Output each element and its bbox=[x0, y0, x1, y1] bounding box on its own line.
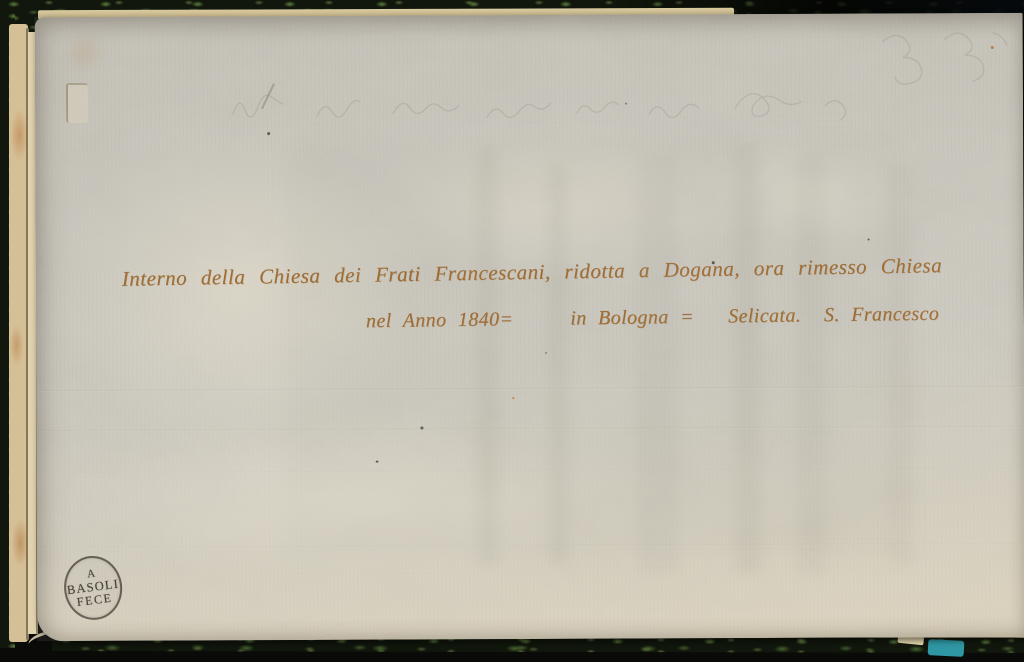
scratch-mark bbox=[261, 83, 275, 109]
ink-speck bbox=[545, 352, 547, 354]
ghost-handwriting bbox=[225, 71, 875, 134]
teal-cover-patch bbox=[928, 639, 965, 657]
ink-speck bbox=[868, 239, 870, 241]
ghost-showthrough-patch bbox=[695, 133, 926, 254]
pigment-speck bbox=[512, 397, 514, 399]
foxing-stain bbox=[61, 33, 107, 73]
caption-line-1: Interno della Chiesa dei Frati Francesca… bbox=[122, 253, 943, 292]
stamp-line-3: FECE bbox=[76, 592, 113, 609]
page-crease bbox=[37, 543, 1024, 549]
artist-stamp: A BASOLI FECE bbox=[60, 553, 126, 624]
underpage-corner-notch bbox=[66, 83, 88, 123]
ghost-column-band bbox=[733, 144, 761, 574]
ghost-showthrough-patch bbox=[66, 414, 647, 577]
ink-speck bbox=[625, 103, 627, 105]
page-crease bbox=[36, 386, 1024, 392]
manuscript-page: Interno della Chiesa dei Frati Francesca… bbox=[35, 13, 1024, 641]
ink-speck bbox=[376, 461, 379, 463]
pigment-speck bbox=[991, 46, 994, 49]
caption-line-2: nel Anno 1840= in Bologna = Selicata. S.… bbox=[366, 303, 940, 334]
ghost-scroll-marks bbox=[825, 19, 1024, 92]
ink-speck bbox=[420, 426, 423, 429]
ghost-showthrough-patch bbox=[55, 135, 426, 447]
ink-speck bbox=[267, 132, 270, 135]
ghost-platemark bbox=[285, 133, 907, 556]
ghost-column-band bbox=[795, 154, 827, 574]
book-photo: Interno della Chiesa dei Frati Francesca… bbox=[0, 0, 1024, 662]
ghost-column-band bbox=[635, 154, 679, 574]
ghost-column-band bbox=[887, 163, 915, 563]
page-crease bbox=[37, 468, 1024, 474]
ghost-column-band bbox=[475, 145, 499, 565]
page-crease bbox=[36, 426, 1024, 432]
ghost-column-band bbox=[547, 165, 569, 565]
